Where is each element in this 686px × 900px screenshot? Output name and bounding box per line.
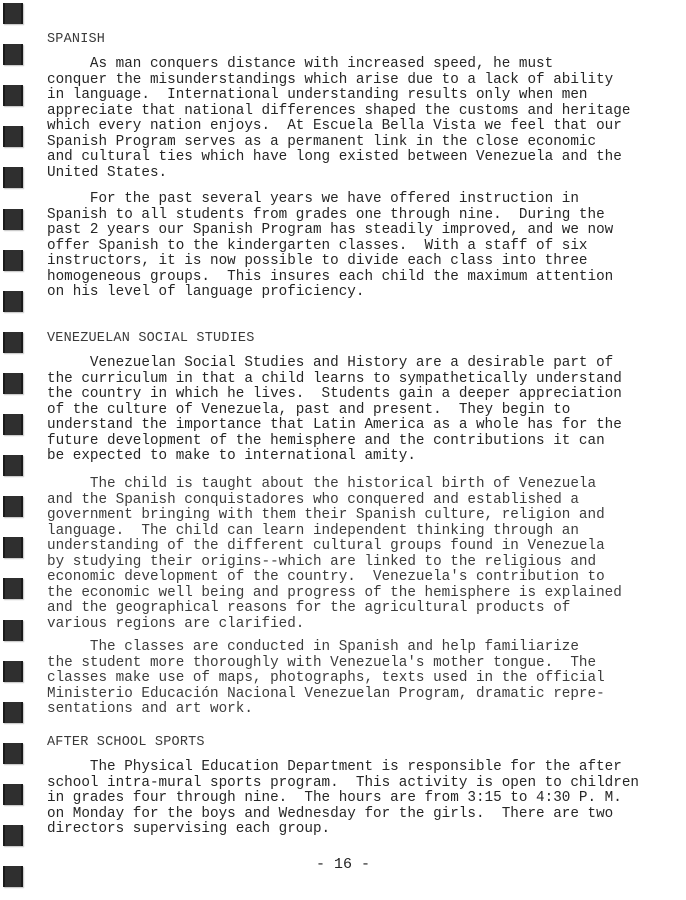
text-line: understand the importance that Latin Ame… (47, 418, 622, 434)
text-line: and the Spanish conquistadores who conqu… (47, 493, 622, 509)
text-line: of the culture of Venezuela, past and pr… (47, 403, 622, 419)
text-line: in language. International understanding… (47, 88, 630, 104)
paragraph-spanish-2: For the past several years we have offer… (47, 192, 613, 301)
text-line: various regions are clarified. (47, 617, 622, 633)
text-line: instructors, it is now possible to divid… (47, 254, 613, 270)
text-line: directors supervising each group. (47, 822, 639, 838)
text-line: and cultural ties which have long existe… (47, 150, 630, 166)
text-line: the economic well being and progress of … (47, 586, 622, 602)
text-line: conquer the misunderstandings which aris… (47, 73, 630, 89)
text-line: offer Spanish to the kindergarten classe… (47, 239, 613, 255)
document-page: SPANISH As man conquers distance with in… (0, 0, 686, 900)
paragraph-social-studies-1: Venezuelan Social Studies and History ar… (47, 356, 622, 465)
text-line: past 2 years our Spanish Program has ste… (47, 223, 613, 239)
text-line: in grades four through nine. The hours a… (47, 791, 639, 807)
text-line: government bringing with them their Span… (47, 508, 622, 524)
text-line: sentations and art work. (47, 702, 605, 718)
text-line: language. The child can learn independen… (47, 524, 622, 540)
text-line: appreciate that national differences sha… (47, 104, 630, 120)
section-heading-after-school-sports: AFTER SCHOOL SPORTS (47, 735, 205, 750)
text-line: homogeneous groups. This insures each ch… (47, 270, 613, 286)
text-line: The classes are conducted in Spanish and… (47, 640, 605, 656)
text-line: The Physical Education Department is res… (47, 760, 639, 776)
text-line: the student more thoroughly with Venezue… (47, 656, 605, 672)
text-line: Spanish to all students from grades one … (47, 208, 613, 224)
text-line: classes make use of maps, photographs, t… (47, 671, 605, 687)
paragraph-spanish-1: As man conquers distance with increased … (47, 57, 630, 181)
text-line: Venezuelan Social Studies and History ar… (47, 356, 622, 372)
text-line: the country in which he lives. Students … (47, 387, 622, 403)
page-number: - 16 - (0, 856, 686, 873)
text-line: Spanish Program serves as a permanent li… (47, 135, 630, 151)
text-line: For the past several years we have offer… (47, 192, 613, 208)
text-line: As man conquers distance with increased … (47, 57, 630, 73)
text-line: which every nation enjoys. At Escuela Be… (47, 119, 630, 135)
text-line: United States. (47, 166, 630, 182)
paragraph-social-studies-3: The classes are conducted in Spanish and… (47, 640, 605, 718)
text-line: economic development of the country. Ven… (47, 570, 622, 586)
section-heading-spanish: SPANISH (47, 32, 105, 47)
text-line: school intra-mural sports program. This … (47, 776, 639, 792)
text-line: on his level of language proficiency. (47, 285, 613, 301)
text-line: future development of the hemisphere and… (47, 434, 622, 450)
text-line: Ministerio Educación Nacional Venezuelan… (47, 687, 605, 703)
text-line: the curriculum in that a child learns to… (47, 372, 622, 388)
text-line: The child is taught about the historical… (47, 477, 622, 493)
text-line: by studying their origins--which are lin… (47, 555, 622, 571)
text-line: and the geographical reasons for the agr… (47, 601, 622, 617)
section-heading-venezuelan-social-studies: VENEZUELAN SOCIAL STUDIES (47, 331, 255, 346)
text-line: on Monday for the boys and Wednesday for… (47, 807, 639, 823)
paragraph-social-studies-2: The child is taught about the historical… (47, 477, 622, 632)
paragraph-sports-1: The Physical Education Department is res… (47, 760, 639, 838)
text-line: understanding of the different cultural … (47, 539, 622, 555)
text-line: be expected to make to international ami… (47, 449, 622, 465)
